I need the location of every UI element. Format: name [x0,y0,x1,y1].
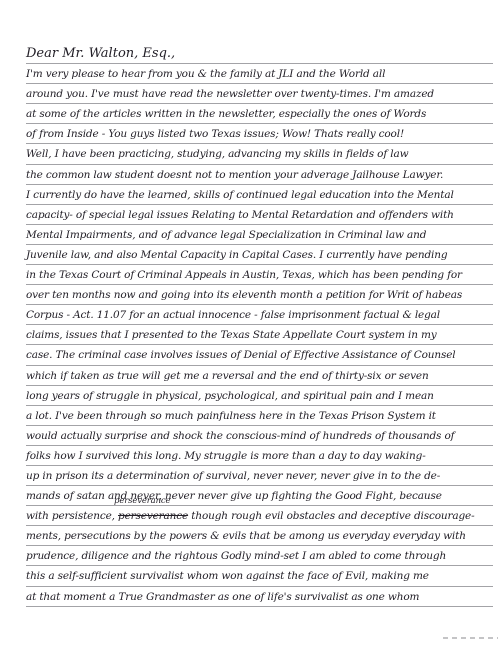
handwriting-line: mands of satan and never, never never gi… [26,486,493,506]
handwriting-segment: Mental Impairments, and of advance legal… [26,229,426,241]
handwriting-segment: a lot. I've been through so much painful… [26,410,436,422]
handwriting-segment: the common law student doesnt not to men… [26,169,443,181]
handwriting-segment: case. The criminal case involves issues … [26,349,456,361]
handwriting-segment: Well, I have been practicing, studying, … [26,148,408,160]
inserted-correction-text: perseverance [114,497,170,506]
handwriting-segment: up in prison its a determination of surv… [26,470,440,482]
letter-page: Dear Mr. Walton, Esq., I'm very please t… [0,0,500,647]
handwriting-segment: claims, issues that I presented to the T… [26,329,437,341]
handwriting-line: capacity- of special legal issues Relati… [26,205,493,225]
handwriting-segment: prudence, diligence and the rightous God… [26,550,446,562]
handwriting-segment: around you. I've must have read the news… [26,88,434,100]
salutation-line: Dear Mr. Walton, Esq., [26,44,493,64]
handwriting-segment: in the Texas Court of Criminal Appeals i… [26,269,462,281]
handwriting-segment: I'm very please to hear from you & the f… [26,68,385,80]
handwriting-segment: ments, persecutions by the powers & evil… [26,530,466,542]
handwriting-segment: capacity- of special legal issues Relati… [26,209,454,221]
letter-body: I'm very please to hear from you & the f… [26,64,493,607]
handwriting-line: ments, persecutions by the powers & evil… [26,526,493,546]
corrected-word-group: perseveranceperseverance [118,506,188,526]
handwriting-line: would actually surprise and shock the co… [26,426,493,446]
handwriting-line: long years of struggle in physical, psyc… [26,386,493,406]
handwriting-segment: Juvenile law, and also Mental Capacity i… [26,249,447,261]
strikethrough-word: perseverance [118,510,188,522]
handwriting-line: in the Texas Court of Criminal Appeals i… [26,265,493,285]
handwriting-segment: folks how I survived this long. My strug… [26,450,426,462]
handwriting-segment: long years of struggle in physical, psyc… [26,390,434,402]
handwriting-segment: this a self-sufficient survivalist whom … [26,570,429,582]
handwriting-line: at that moment a True Grandmaster as one… [26,587,493,607]
handwriting-line: up in prison its a determination of surv… [26,466,493,486]
handwriting-segment: would actually surprise and shock the co… [26,430,454,442]
handwriting-segment: over ten months now and going into its e… [26,289,462,301]
handwriting-line: folks how I survived this long. My strug… [26,446,493,466]
handwriting-segment: at some of the articles written in the n… [26,108,426,120]
handwriting-line: around you. I've must have read the news… [26,84,493,104]
handwriting-line: which if taken as true will get me a rev… [26,366,493,386]
handwriting-segment: with persistence, [26,510,118,522]
handwriting-segment: though rough evil obstacles and deceptiv… [188,510,474,522]
handwriting-segment: at that moment a True Grandmaster as one… [26,591,419,603]
handwriting-line: a lot. I've been through so much painful… [26,406,493,426]
letter-content: Dear Mr. Walton, Esq., I'm very please t… [26,44,493,607]
handwriting-segment: of from Inside - You guys listed two Tex… [26,128,404,140]
handwriting-line: I'm very please to hear from you & the f… [26,64,493,84]
handwriting-line: Corpus - Act. 11.07 for an actual innoce… [26,305,493,325]
handwriting-line: at some of the articles written in the n… [26,104,493,124]
handwriting-line: over ten months now and going into its e… [26,285,493,305]
handwriting-line: Juvenile law, and also Mental Capacity i… [26,245,493,265]
salutation-text: Dear Mr. Walton, Esq., [26,46,175,61]
handwriting-line: case. The criminal case involves issues … [26,345,493,365]
handwriting-line: I currently do have the learned, skills … [26,185,493,205]
handwriting-segment: I currently do have the learned, skills … [26,189,454,201]
handwriting-line: Mental Impairments, and of advance legal… [26,225,493,245]
handwriting-segment: Corpus - Act. 11.07 for an actual innoce… [26,309,440,321]
handwriting-segment: which if taken as true will get me a rev… [26,370,429,382]
handwriting-line: this a self-sufficient survivalist whom … [26,566,493,586]
scan-artifact-dashed-line [443,637,498,639]
handwriting-line: the common law student doesnt not to men… [26,165,493,185]
handwriting-line: of from Inside - You guys listed two Tex… [26,124,493,144]
handwriting-line: with persistence, perseveranceperseveran… [26,506,493,526]
handwriting-line: Well, I have been practicing, studying, … [26,144,493,164]
handwriting-line: claims, issues that I presented to the T… [26,325,493,345]
handwriting-line: prudence, diligence and the rightous God… [26,546,493,566]
handwriting-segment: mands of satan and never, never never gi… [26,490,442,502]
